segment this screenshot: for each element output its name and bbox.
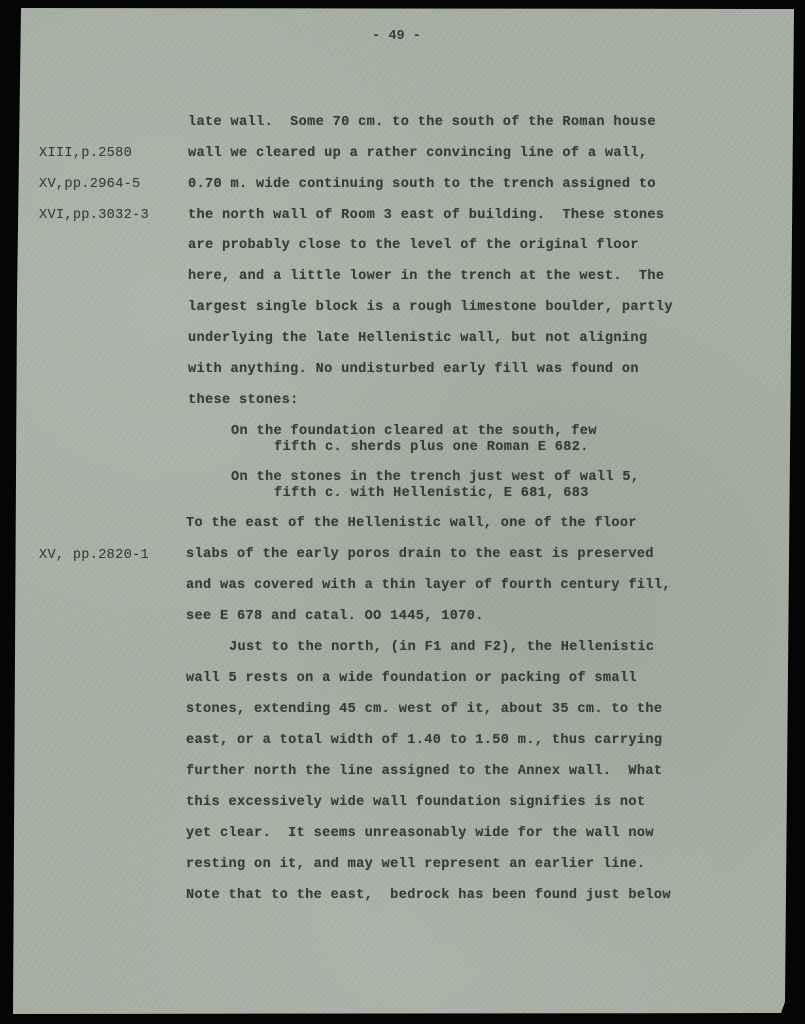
body-line: Note that to the east, bedrock has been … xyxy=(186,888,671,903)
body-line: 0.70 m. wide continuing south to the tre… xyxy=(188,177,656,192)
body-line: the north wall of Room 3 east of buildin… xyxy=(188,208,664,223)
find-entry-line: On the foundation cleared at the south, … xyxy=(231,424,597,439)
body-line: here, and a little lower in the trench a… xyxy=(188,269,664,284)
margin-reference: XV, pp.2820-1 xyxy=(39,548,149,563)
find-entry-line: fifth c. sherds plus one Roman E 682. xyxy=(274,440,589,455)
body-line: stones, extending 45 cm. west of it, abo… xyxy=(186,702,662,717)
body-line: resting on it, and may well represent an… xyxy=(186,857,645,872)
body-line: with anything. No undisturbed early fill… xyxy=(188,362,639,377)
page-number: - 49 - xyxy=(372,29,421,44)
body-line: wall we cleared up a rather convincing l… xyxy=(188,146,647,161)
body-line: further north the line assigned to the A… xyxy=(186,764,662,779)
body-line: these stones: xyxy=(188,393,299,408)
body-line: yet clear. It seems unreasonably wide fo… xyxy=(186,826,654,841)
body-line: this excessively wide wall foundation si… xyxy=(186,795,645,810)
body-line: are probably close to the level of the o… xyxy=(188,238,639,253)
body-line: see E 678 and catal. OO 1445, 1070. xyxy=(186,609,484,624)
body-line: late wall. Some 70 cm. to the south of t… xyxy=(188,115,656,130)
find-entry-line: On the stones in the trench just west of… xyxy=(231,470,639,485)
body-line: slabs of the early poros drain to the ea… xyxy=(186,547,654,562)
body-line: wall 5 rests on a wide foundation or pac… xyxy=(186,671,637,686)
body-line: largest single block is a rough limeston… xyxy=(188,300,673,315)
margin-reference: XVI,pp.3032-3 xyxy=(39,208,149,223)
find-entry-line: fifth c. with Hellenistic, E 681, 683 xyxy=(274,486,589,501)
margin-reference: XV,pp.2964-5 xyxy=(39,177,141,192)
body-line: and was covered with a thin layer of fou… xyxy=(186,578,671,593)
body-line: Just to the north, (in F1 and F2), the H… xyxy=(229,640,654,655)
body-line: To the east of the Hellenistic wall, one… xyxy=(186,516,637,531)
body-line: east, or a total width of 1.40 to 1.50 m… xyxy=(186,733,662,748)
body-line: underlying the late Hellenistic wall, bu… xyxy=(188,331,647,346)
margin-reference: XIII,p.2580 xyxy=(39,146,132,161)
